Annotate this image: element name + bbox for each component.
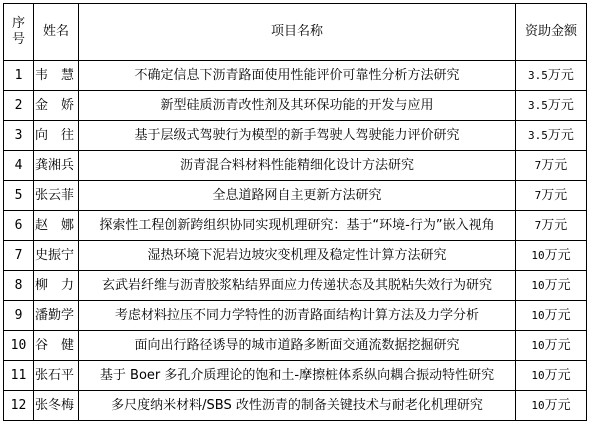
row-name: 潘勤学 <box>34 301 79 331</box>
row-title: 多尺度纳米材料/SBS 改性沥青的制备关键技术与耐老化机理研究 <box>79 391 516 421</box>
row-title: 新型硅质沥青改性剂及其环保功能的开发与应用 <box>79 91 516 121</box>
row-title: 沥青混合料材料性能精细化设计方法研究 <box>79 151 516 181</box>
row-title: 基于 Boer 多孔介质理论的饱和土-摩擦桩体系纵向耦合振动特性研究 <box>79 361 516 391</box>
amount-value: 10 <box>531 339 544 352</box>
row-no: 12 <box>4 391 34 421</box>
row-title: 玄武岩纤维与沥青胶浆粘结界面应力传递状态及其脱粘失效行为研究 <box>79 271 516 301</box>
row-name: 张石平 <box>34 361 79 391</box>
table-row: 9潘勤学考虑材料拉压不同力学特性的沥青路面结构计算方法及力学分析10万元 <box>4 301 587 331</box>
row-amount: 7万元 <box>516 181 587 211</box>
table-row: 11张石平基于 Boer 多孔介质理论的饱和土-摩擦桩体系纵向耦合振动特性研究1… <box>4 361 587 391</box>
row-no: 3 <box>4 121 34 151</box>
table-row: 8柳 力玄武岩纤维与沥青胶浆粘结界面应力传递状态及其脱粘失效行为研究10万元 <box>4 271 587 301</box>
row-amount: 3.5万元 <box>516 121 587 151</box>
amount-unit: 万元 <box>545 278 571 293</box>
header-no-line1: 序 <box>4 16 33 32</box>
row-amount: 3.5万元 <box>516 61 587 91</box>
header-no-line2: 号 <box>4 32 33 48</box>
row-title: 考虑材料拉压不同力学特性的沥青路面结构计算方法及力学分析 <box>79 301 516 331</box>
table-row: 12张冬梅多尺度纳米材料/SBS 改性沥青的制备关键技术与耐老化机理研究10万元 <box>4 391 587 421</box>
row-no: 9 <box>4 301 34 331</box>
row-title: 湿热环境下泥岩边坡灾变机理及稳定性计算方法研究 <box>79 241 516 271</box>
amount-unit: 万元 <box>545 308 571 323</box>
grant-table: 序 号 姓名 项目名称 资助金额 1韦 慧不确定信息下沥青路面使用性能评价可靠性… <box>3 3 587 421</box>
row-no: 2 <box>4 91 34 121</box>
table-row: 7史振宁湿热环境下泥岩边坡灾变机理及稳定性计算方法研究10万元 <box>4 241 587 271</box>
row-no: 10 <box>4 331 34 361</box>
row-amount: 10万元 <box>516 301 587 331</box>
row-name: 柳 力 <box>34 271 79 301</box>
amount-unit: 万元 <box>545 248 571 263</box>
row-name: 张云菲 <box>34 181 79 211</box>
table-row: 10谷 健面向出行路径诱导的城市道路多断面交通流数据挖掘研究10万元 <box>4 331 587 361</box>
header-name: 姓名 <box>34 4 79 61</box>
header-no: 序 号 <box>4 4 34 61</box>
row-name: 赵 娜 <box>34 211 79 241</box>
row-name: 史振宁 <box>34 241 79 271</box>
row-title: 探索性工程创新跨组织协同实现机理研究：基于“环境-行为”嵌入视角 <box>79 211 516 241</box>
amount-unit: 万元 <box>541 158 567 173</box>
row-amount: 10万元 <box>516 331 587 361</box>
row-name: 张冬梅 <box>34 391 79 421</box>
header-amount: 资助金额 <box>516 4 587 61</box>
amount-unit: 万元 <box>548 98 574 113</box>
row-amount: 3.5万元 <box>516 91 587 121</box>
table-row: 4龚湘兵沥青混合料材料性能精细化设计方法研究7万元 <box>4 151 587 181</box>
table-row: 6赵 娜探索性工程创新跨组织协同实现机理研究：基于“环境-行为”嵌入视角7万元 <box>4 211 587 241</box>
row-amount: 10万元 <box>516 361 587 391</box>
row-amount: 7万元 <box>516 211 587 241</box>
row-title: 不确定信息下沥青路面使用性能评价可靠性分析方法研究 <box>79 61 516 91</box>
row-title: 基于层级式驾驶行为模型的新手驾驶人驾驶能力评价研究 <box>79 121 516 151</box>
row-amount: 10万元 <box>516 391 587 421</box>
amount-value: 10 <box>531 249 544 262</box>
row-amount: 10万元 <box>516 271 587 301</box>
row-no: 4 <box>4 151 34 181</box>
row-no: 8 <box>4 271 34 301</box>
row-no: 11 <box>4 361 34 391</box>
amount-unit: 万元 <box>548 128 574 143</box>
amount-value: 10 <box>531 399 544 412</box>
amount-value: 10 <box>531 369 544 382</box>
header-row: 序 号 姓名 项目名称 资助金额 <box>4 4 587 61</box>
table-row: 2金 娇新型硅质沥青改性剂及其环保功能的开发与应用3.5万元 <box>4 91 587 121</box>
row-no: 5 <box>4 181 34 211</box>
amount-value: 10 <box>531 279 544 292</box>
amount-value: 3.5 <box>528 69 548 82</box>
row-no: 7 <box>4 241 34 271</box>
row-name: 韦 慧 <box>34 61 79 91</box>
row-amount: 7万元 <box>516 151 587 181</box>
row-no: 6 <box>4 211 34 241</box>
amount-unit: 万元 <box>541 188 567 203</box>
row-title: 面向出行路径诱导的城市道路多断面交通流数据挖掘研究 <box>79 331 516 361</box>
amount-unit: 万元 <box>545 338 571 353</box>
amount-unit: 万元 <box>541 218 567 233</box>
amount-unit: 万元 <box>548 68 574 83</box>
row-name: 谷 健 <box>34 331 79 361</box>
amount-value: 3.5 <box>528 129 548 142</box>
row-no: 1 <box>4 61 34 91</box>
amount-unit: 万元 <box>545 398 571 413</box>
row-name: 向 往 <box>34 121 79 151</box>
row-amount: 10万元 <box>516 241 587 271</box>
row-title: 全息道路网自主更新方法研究 <box>79 181 516 211</box>
amount-value: 3.5 <box>528 99 548 112</box>
header-title: 项目名称 <box>79 4 516 61</box>
table-row: 3向 往基于层级式驾驶行为模型的新手驾驶人驾驶能力评价研究3.5万元 <box>4 121 587 151</box>
row-name: 金 娇 <box>34 91 79 121</box>
row-name: 龚湘兵 <box>34 151 79 181</box>
amount-unit: 万元 <box>545 368 571 383</box>
table-row: 1韦 慧不确定信息下沥青路面使用性能评价可靠性分析方法研究3.5万元 <box>4 61 587 91</box>
amount-value: 10 <box>531 309 544 322</box>
table-row: 5张云菲全息道路网自主更新方法研究7万元 <box>4 181 587 211</box>
